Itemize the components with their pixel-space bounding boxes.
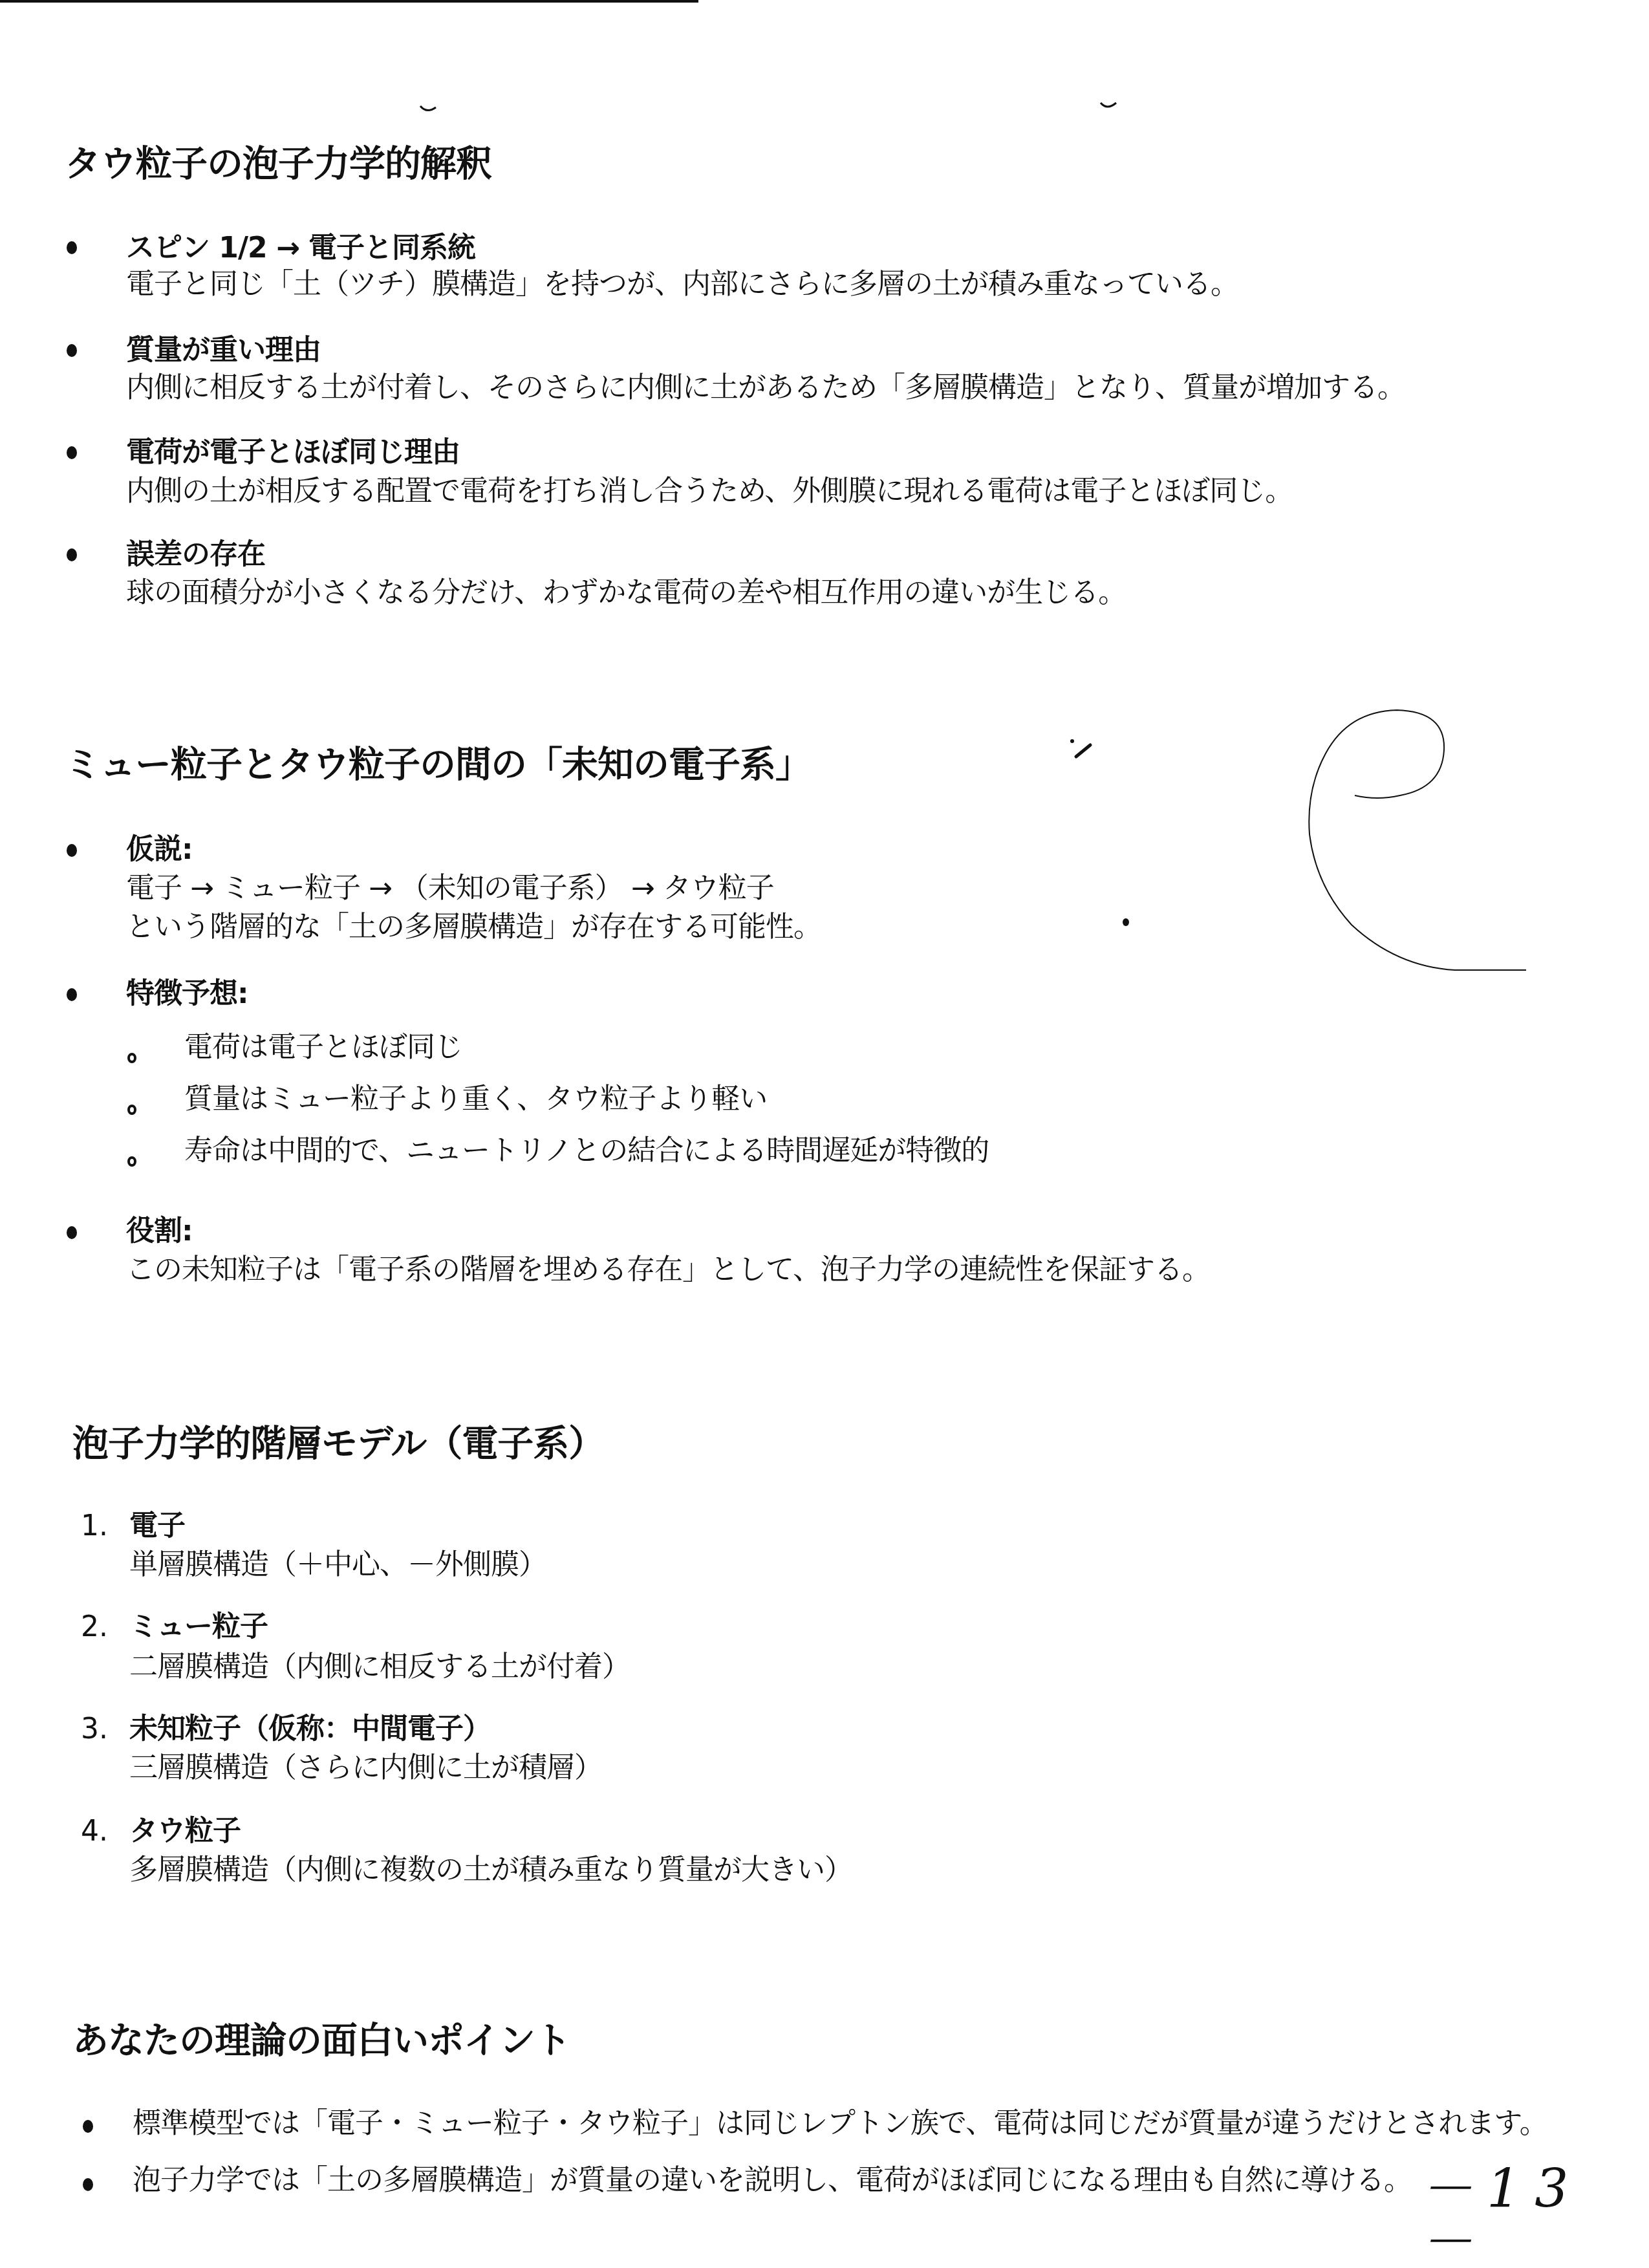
bullet-icon <box>83 2120 93 2133</box>
bullet-icon <box>67 988 77 1001</box>
bullet-title: 電荷が電子とほぼ同じ理由 <box>126 438 460 467</box>
bullet-title: 質量が重い理由 <box>126 336 321 365</box>
hypothesis-chain: 電子 → ミュー粒子 → （未知の電子系） → タウ粒子 <box>126 874 774 903</box>
bullet-icon <box>83 2178 93 2191</box>
model-item-title: 未知粒子（仮称：中間電子） <box>129 1715 491 1744</box>
bullet-icon <box>67 844 77 857</box>
sub-bullet-icon <box>127 1053 136 1063</box>
list-number: 2. <box>81 1613 108 1641</box>
section-heading-hierarchy-model: 泡子力学的階層モデル（電子系） <box>72 1426 604 1462</box>
model-item-body: 二層膜構造（内側に相反する土が付着） <box>129 1653 630 1681</box>
scan-mark-icon <box>419 103 438 116</box>
scan-mark-icon <box>1099 100 1119 113</box>
bullet-title: スピン 1/2 → 電子と同系統 <box>126 234 475 263</box>
section-heading-interesting-points: あなたの理論の面白いポイント <box>72 2023 570 2059</box>
scanned-document-page: タウ粒子の泡子力学的解釈 スピン 1/2 → 電子と同系統 電子と同じ「土（ツチ… <box>0 0 1649 2268</box>
feature-item: 電荷は電子とほぼ同じ <box>184 1033 462 1062</box>
feature-item: 質量はミュー粒子より重く、タウ粒子より軽い <box>184 1085 767 1114</box>
list-number: 1. <box>81 1512 108 1540</box>
model-item-body: 多層膜構造（内側に複数の土が積み重なり質量が大きい） <box>129 1856 852 1885</box>
point-item: 標準模型では「電子・ミュー粒子・タウ粒子」は同じレプトン族で、電荷は同じだが質量… <box>133 2110 1547 2138</box>
bullet-body: 内側の土が相反する配置で電荷を打ち消し合うため、外側膜に現れる電荷は電子とほぼ同… <box>126 477 1293 506</box>
feature-item: 寿命は中間的で、ニュートリノとの結合による時間遅延が特徴的 <box>184 1137 989 1165</box>
bullet-icon <box>67 241 77 254</box>
bullet-icon <box>67 548 77 561</box>
bullet-icon <box>67 446 77 459</box>
handwritten-spiral-icon <box>1293 692 1591 977</box>
bullet-body: 内側に相反する土が付着し、そのさらに内側に土があるため「多層膜構造」となり、質量… <box>126 374 1405 402</box>
hypothesis-title: 仮説: <box>126 836 193 864</box>
bullet-icon <box>67 344 77 357</box>
model-item-body: 単層膜構造（＋中心、－外側膜） <box>129 1551 546 1579</box>
features-title: 特徴予想: <box>126 980 248 1008</box>
sub-bullet-icon <box>127 1156 136 1167</box>
list-number: 4. <box>81 1817 108 1846</box>
scan-edge-line <box>0 0 698 3</box>
section-heading-tau: タウ粒子の泡子力学的解釈 <box>65 146 491 182</box>
list-number: 3. <box>81 1715 108 1744</box>
section-heading-unknown-electron: ミュー粒子とタウ粒子の間の「未知の電子系」 <box>65 747 811 783</box>
role-body: この未知粒子は「電子系の階層を埋める存在」として、泡子力学の連続性を保証する。 <box>126 1256 1210 1284</box>
point-item: 泡子力学では「土の多層膜構造」が質量の違いを説明し、電荷がほぼ同じになる理由も自… <box>133 2166 1412 2195</box>
bullet-icon <box>67 1226 77 1239</box>
bullet-body: 球の面積分が小さくなる分だけ、わずかな電荷の差や相互作用の違いが生じる。 <box>126 579 1126 607</box>
hypothesis-body: という階層的な「土の多層膜構造」が存在する可能性。 <box>126 913 821 942</box>
model-item-title: 電子 <box>129 1512 185 1540</box>
ink-dot-icon <box>1123 918 1129 926</box>
bullet-body: 電子と同じ「土（ツチ）膜構造」を持つが、内部にさらに多層の土が積み重なっている。 <box>126 270 1238 299</box>
pen-stroke-icon <box>1067 731 1106 763</box>
sub-bullet-icon <box>127 1105 136 1115</box>
model-item-title: ミュー粒子 <box>129 1613 268 1641</box>
model-item-title: タウ粒子 <box>129 1817 241 1846</box>
handwritten-page-number: －13－ <box>1419 2163 1649 2268</box>
bullet-title: 誤差の存在 <box>126 541 265 569</box>
model-item-body: 三層膜構造（さらに内側に土が積層） <box>129 1754 602 1782</box>
role-title: 役割: <box>126 1217 193 1246</box>
